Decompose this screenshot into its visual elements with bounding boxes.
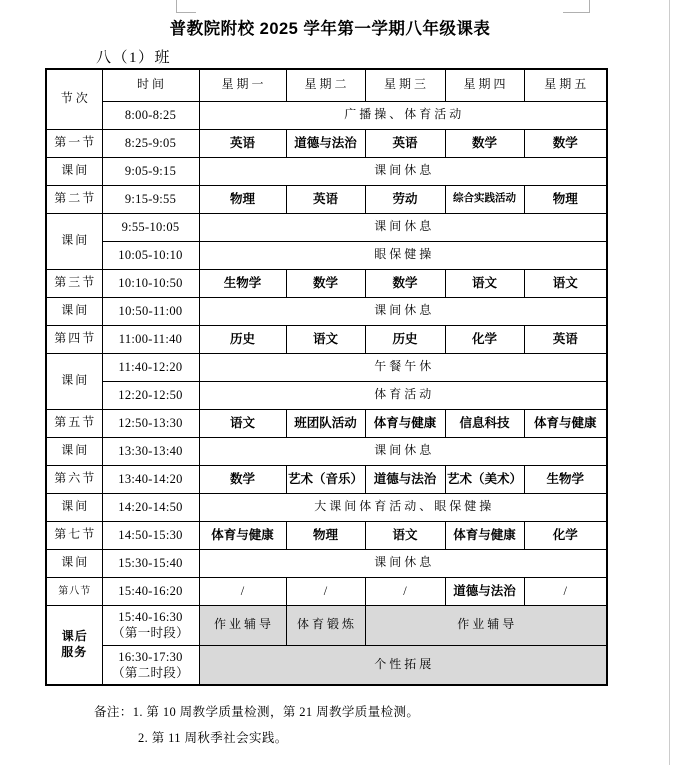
- course-cell: 艺术（音乐）: [286, 465, 365, 493]
- table-row: 第一节8:25-9:05英语道德与法治英语数学数学: [46, 129, 607, 157]
- time-cell: 11:00-11:40: [102, 325, 199, 353]
- course-cell: 体育与健康: [199, 521, 286, 549]
- empty-slot-cell: /: [286, 577, 365, 605]
- course-cell: 体育与健康: [445, 521, 524, 549]
- course-cell: 数学: [199, 465, 286, 493]
- time-cell: 14:50-15:30: [102, 521, 199, 549]
- course-cell: 道德与法治: [365, 465, 445, 493]
- period-cell: 第二节: [46, 185, 102, 213]
- time-cell: 12:50-13:30: [102, 409, 199, 437]
- time-cell: 9:55-10:05: [102, 213, 199, 241]
- period-cell: 课间: [46, 549, 102, 577]
- period-cell: 第八节: [46, 577, 102, 605]
- period-cell: 第三节: [46, 269, 102, 297]
- course-cell: 英语: [524, 325, 607, 353]
- course-cell: 物理: [524, 185, 607, 213]
- table-row: 8:00-8:25广播操、体育活动: [46, 101, 607, 129]
- table-row: 12:20-12:50体育活动: [46, 381, 607, 409]
- period-cell: 课间: [46, 297, 102, 325]
- period-cell: 第六节: [46, 465, 102, 493]
- page-edge-line: [669, 0, 670, 765]
- time-cell: 15:30-15:40: [102, 549, 199, 577]
- course-cell: 英语: [365, 129, 445, 157]
- header-wednesday: 星期三: [365, 69, 445, 101]
- header-friday: 星期五: [524, 69, 607, 101]
- course-cell: 语文: [199, 409, 286, 437]
- course-cell: 体育与健康: [524, 409, 607, 437]
- activity-cell: 课间休息: [199, 157, 607, 185]
- header-tuesday: 星期二: [286, 69, 365, 101]
- course-cell: 信息科技: [445, 409, 524, 437]
- table-row: 课间9:05-9:15课间休息: [46, 157, 607, 185]
- table-row: 课间13:30-13:40课间休息: [46, 437, 607, 465]
- period-cell: 课间: [46, 213, 102, 269]
- course-cell: 数学: [524, 129, 607, 157]
- period-cell: 课后 服务: [46, 605, 102, 685]
- time-cell: 14:20-14:50: [102, 493, 199, 521]
- activity-cell: 课间休息: [199, 297, 607, 325]
- course-cell: 生物学: [199, 269, 286, 297]
- table-row: 第四节11:00-11:40历史语文历史化学英语: [46, 325, 607, 353]
- course-cell: 历史: [365, 325, 445, 353]
- time-cell: 10:50-11:00: [102, 297, 199, 325]
- course-cell: 数学: [365, 269, 445, 297]
- table-row: 第三节10:10-10:50生物学数学数学语文语文: [46, 269, 607, 297]
- course-cell: 语文: [524, 269, 607, 297]
- document-page: 普教院附校 2025 学年第一学期八年级课表 八（1）班 节次时间星期一星期二星…: [0, 0, 674, 765]
- after-school-cell: 作业辅导: [365, 605, 607, 645]
- after-school-cell: 个性拓展: [199, 645, 607, 685]
- table-row: 课间10:50-11:00课间休息: [46, 297, 607, 325]
- table-row: 第五节12:50-13:30语文班团队活动体育与健康信息科技体育与健康: [46, 409, 607, 437]
- period-cell: 课间: [46, 157, 102, 185]
- table-row: 课间9:55-10:05课间休息: [46, 213, 607, 241]
- time-cell: 9:05-9:15: [102, 157, 199, 185]
- activity-cell: 午餐午休: [199, 353, 607, 381]
- time-cell: 10:10-10:50: [102, 269, 199, 297]
- margin-crop-mark-right: [563, 0, 590, 13]
- table-row: 第六节13:40-14:20数学艺术（音乐）道德与法治艺术（美术）生物学: [46, 465, 607, 493]
- time-cell: 13:30-13:40: [102, 437, 199, 465]
- course-cell: 综合实践活动: [445, 185, 524, 213]
- course-cell: 物理: [286, 521, 365, 549]
- activity-cell: 体育活动: [199, 381, 607, 409]
- course-cell: 生物学: [524, 465, 607, 493]
- period-cell: 第五节: [46, 409, 102, 437]
- activity-cell: 课间休息: [199, 437, 607, 465]
- empty-slot-cell: /: [199, 577, 286, 605]
- course-cell: 历史: [199, 325, 286, 353]
- after-school-cell: 体育锻炼: [286, 605, 365, 645]
- table-row: 课间11:40-12:20午餐午休: [46, 353, 607, 381]
- period-cell: 第一节: [46, 129, 102, 157]
- table-row: 10:05-10:10眼保健操: [46, 241, 607, 269]
- table-row: 第二节9:15-9:55物理英语劳动综合实践活动物理: [46, 185, 607, 213]
- course-cell: 道德与法治: [286, 129, 365, 157]
- period-cell: 第四节: [46, 325, 102, 353]
- period-cell: 第七节: [46, 521, 102, 549]
- timetable: 节次时间星期一星期二星期三星期四星期五8:00-8:25广播操、体育活动第一节8…: [45, 68, 608, 686]
- activity-cell: 课间休息: [199, 549, 607, 577]
- page-title: 普教院附校 2025 学年第一学期八年级课表: [0, 15, 660, 39]
- course-cell: 化学: [445, 325, 524, 353]
- table-row: 课间15:30-15:40课间休息: [46, 549, 607, 577]
- time-cell: 11:40-12:20: [102, 353, 199, 381]
- header-thursday: 星期四: [445, 69, 524, 101]
- table-row: 第八节15:40-16:20///道德与法治/: [46, 577, 607, 605]
- course-cell: 物理: [199, 185, 286, 213]
- time-cell: 15:40-16:30 （第一时段）: [102, 605, 199, 645]
- period-cell: 课间: [46, 353, 102, 409]
- course-cell: 化学: [524, 521, 607, 549]
- time-cell: 13:40-14:20: [102, 465, 199, 493]
- empty-slot-cell: /: [365, 577, 445, 605]
- period-cell: 课间: [46, 493, 102, 521]
- activity-cell: 眼保健操: [199, 241, 607, 269]
- course-cell: 数学: [286, 269, 365, 297]
- period-cell: 课间: [46, 437, 102, 465]
- time-cell: 9:15-9:55: [102, 185, 199, 213]
- header-time: 时间: [102, 69, 199, 101]
- course-cell: 英语: [199, 129, 286, 157]
- note-remark-1: 备注：1. 第 10 周教学质量检测，第 21 周教学质量检测。: [94, 702, 419, 720]
- table-row: 16:30-17:30 （第二时段）个性拓展: [46, 645, 607, 685]
- activity-cell: 广播操、体育活动: [199, 101, 607, 129]
- note-remark-2: 2. 第 11 周秋季社会实践。: [138, 728, 288, 746]
- course-cell: 道德与法治: [445, 577, 524, 605]
- time-cell: 15:40-16:20: [102, 577, 199, 605]
- margin-crop-mark-left: [176, 0, 196, 13]
- table-row: 第七节14:50-15:30体育与健康物理语文体育与健康化学: [46, 521, 607, 549]
- course-cell: 体育与健康: [365, 409, 445, 437]
- time-cell: 8:25-9:05: [102, 129, 199, 157]
- header-period: 节次: [46, 69, 102, 129]
- course-cell: 数学: [445, 129, 524, 157]
- table-row: 课间14:20-14:50大课间体育活动、眼保健操: [46, 493, 607, 521]
- time-cell: 12:20-12:50: [102, 381, 199, 409]
- course-cell: 劳动: [365, 185, 445, 213]
- course-cell: 语文: [445, 269, 524, 297]
- after-school-cell: 作业辅导: [199, 605, 286, 645]
- header-monday: 星期一: [199, 69, 286, 101]
- course-cell: 英语: [286, 185, 365, 213]
- table-row: 节次时间星期一星期二星期三星期四星期五: [46, 69, 607, 101]
- time-cell: 10:05-10:10: [102, 241, 199, 269]
- course-cell: 语文: [286, 325, 365, 353]
- empty-slot-cell: /: [524, 577, 607, 605]
- course-cell: 班团队活动: [286, 409, 365, 437]
- course-cell: 语文: [365, 521, 445, 549]
- time-cell: 8:00-8:25: [102, 101, 199, 129]
- class-label: 八（1）班: [96, 46, 171, 67]
- activity-cell: 课间休息: [199, 213, 607, 241]
- activity-cell: 大课间体育活动、眼保健操: [199, 493, 607, 521]
- time-cell: 16:30-17:30 （第二时段）: [102, 645, 199, 685]
- course-cell: 艺术（美术）: [445, 465, 524, 493]
- table-row: 课后 服务15:40-16:30 （第一时段）作业辅导体育锻炼作业辅导: [46, 605, 607, 645]
